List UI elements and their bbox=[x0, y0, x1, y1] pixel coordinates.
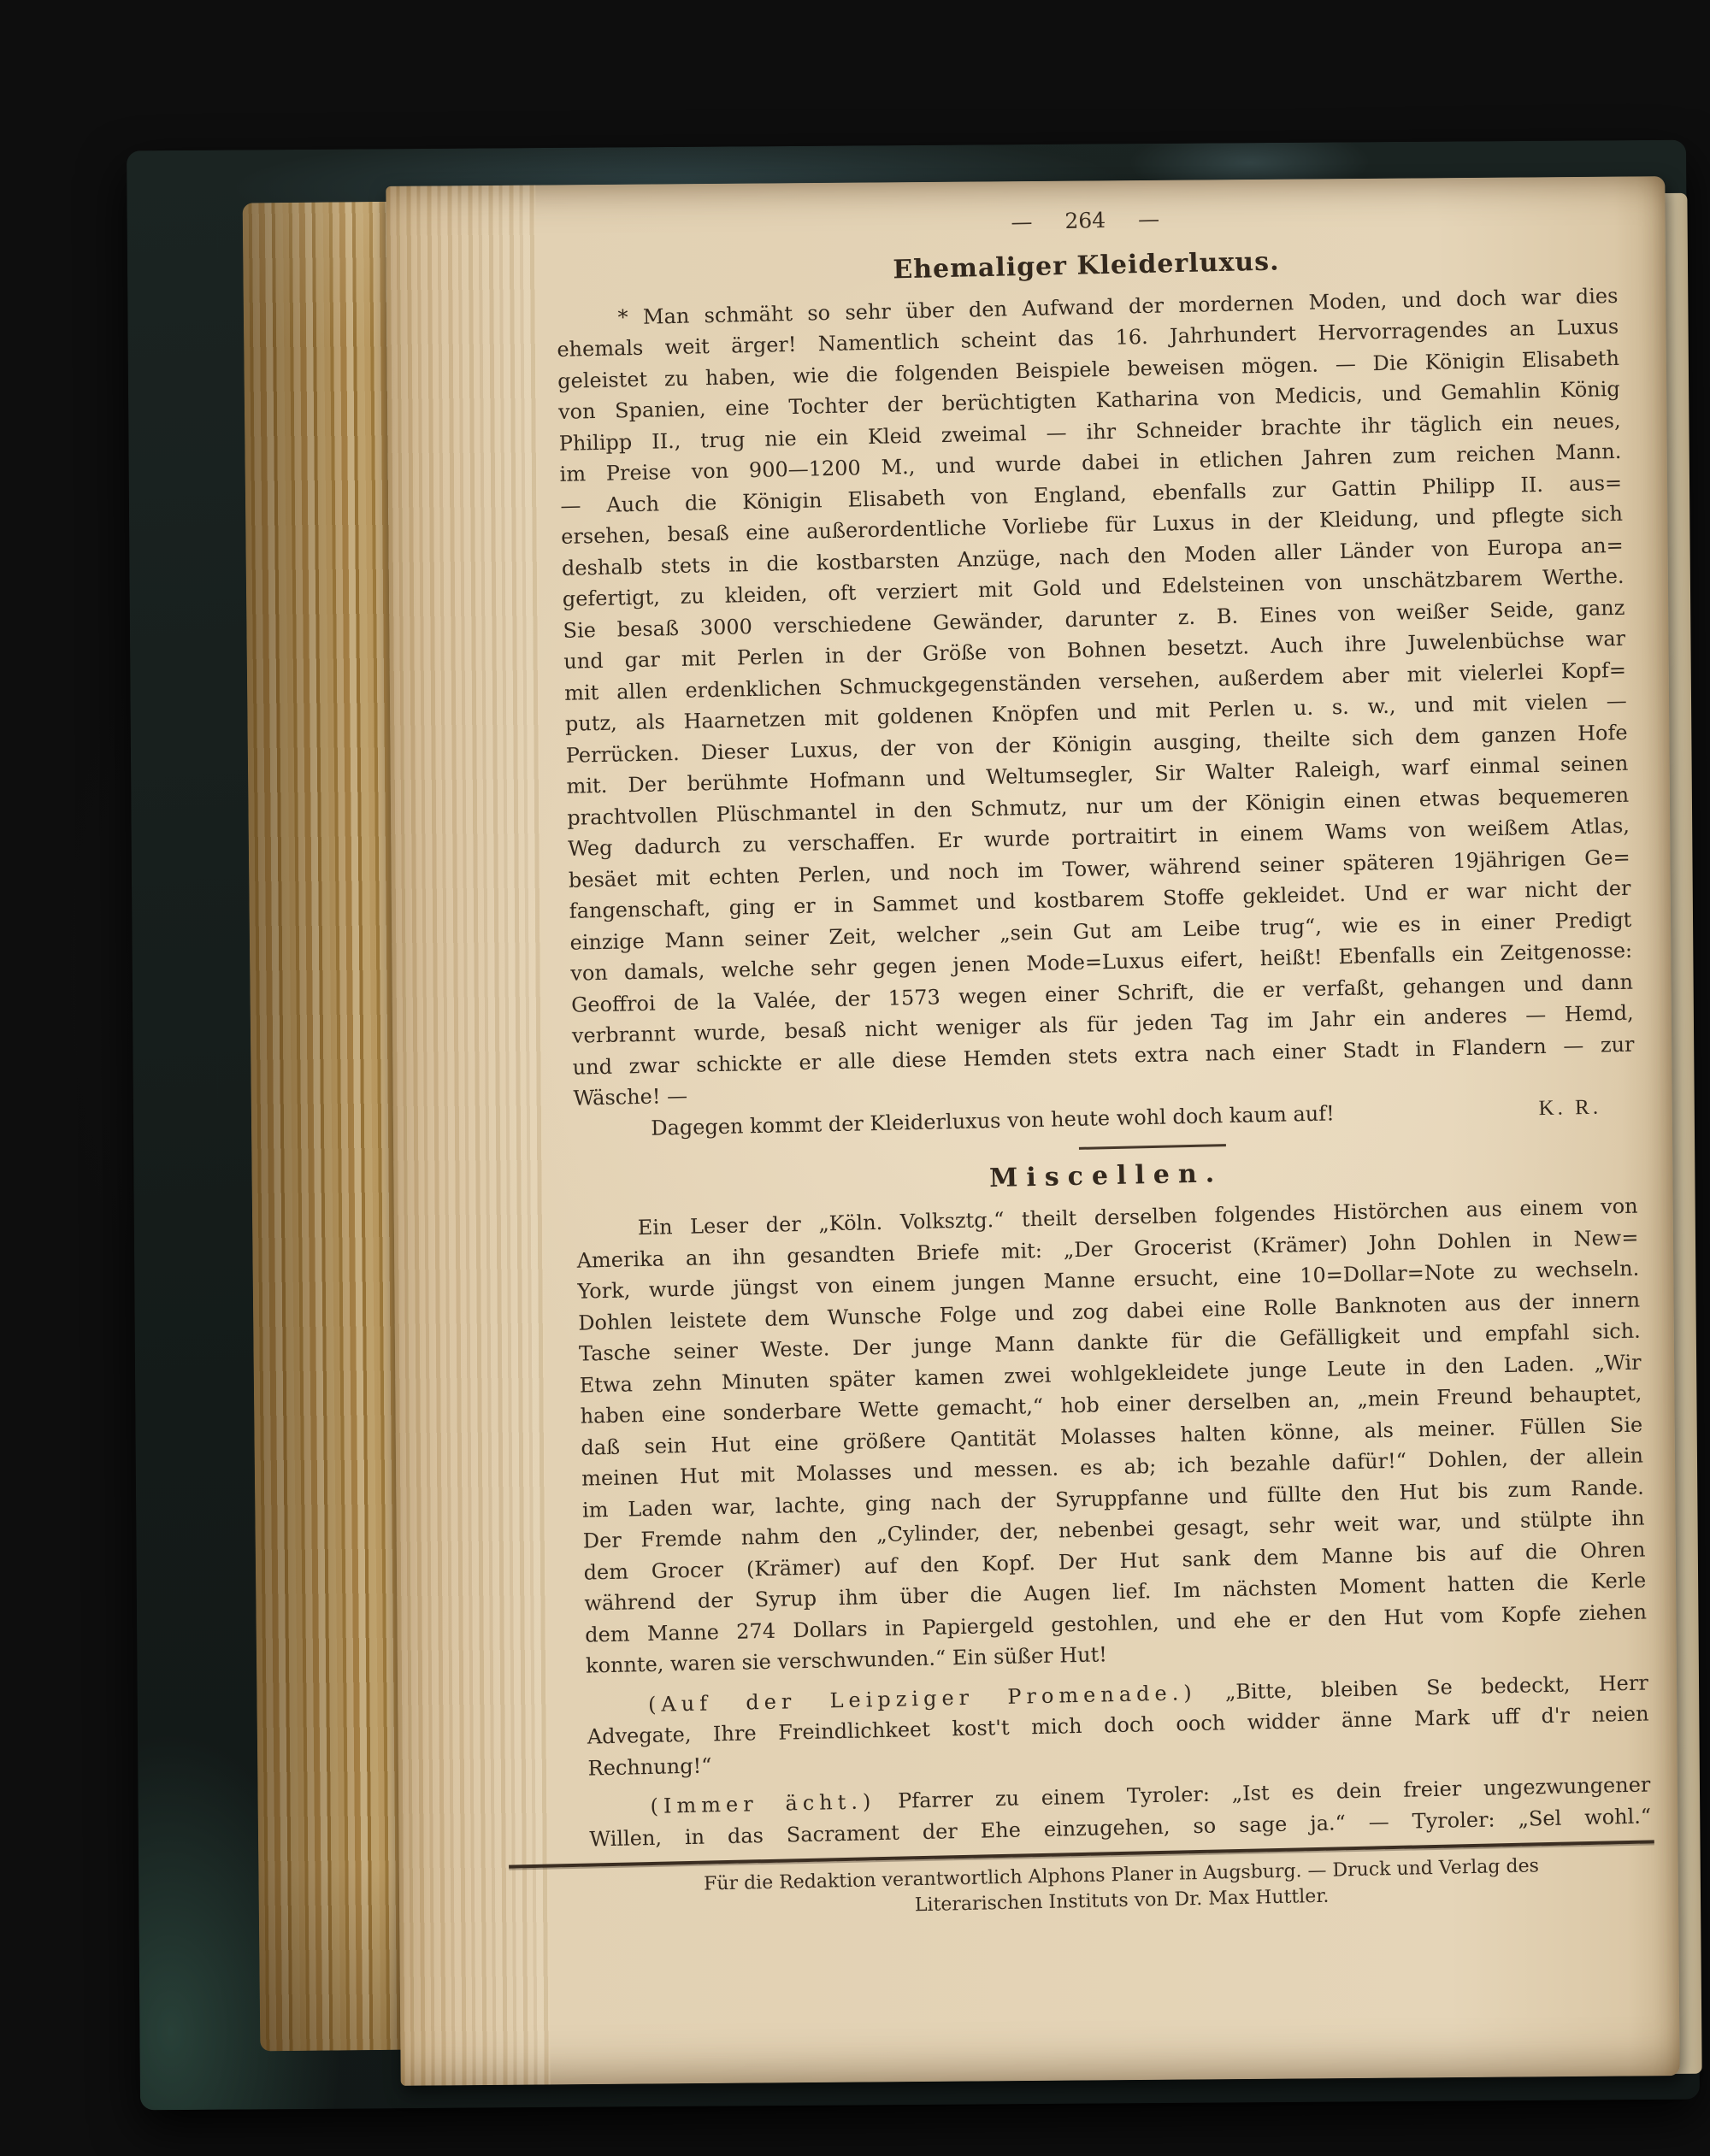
paragraph-tyroler: (Immer ächt.) Pfarrer zu einem Tyroler: … bbox=[588, 1769, 1651, 1854]
page-content: — 264 — Ehemaliger Kleiderluxus. * Man s… bbox=[554, 192, 1653, 1926]
scanned-book-photo: { "page": { "number_line": "— 264 —" }, … bbox=[0, 0, 1710, 2156]
author-signature: K. R. bbox=[1538, 1092, 1601, 1124]
text-line-group: ehemals weit ärger! Namentlich scheint d… bbox=[557, 311, 1635, 1083]
section-divider-rule bbox=[1079, 1144, 1226, 1150]
spaced-lead-text: (Immer ächt.) bbox=[650, 1789, 876, 1818]
paragraph-miscellen-story: Ein Leser der „Köln. Volksztg.“ theilt d… bbox=[575, 1191, 1648, 1682]
lead-rest-text: „Bitte, bleiben Se bedeckt, Herr bbox=[1225, 1670, 1648, 1704]
paragraph-kleiderluxus: * Man schmäht so sehr über den Aufwand d… bbox=[556, 280, 1636, 1145]
text-line-group: Amerika an ihn gesandten Briefe mit: „De… bbox=[576, 1222, 1647, 1650]
paragraph-promenade: (Auf der Leipziger Promenade.) „Bitte, b… bbox=[587, 1667, 1650, 1784]
